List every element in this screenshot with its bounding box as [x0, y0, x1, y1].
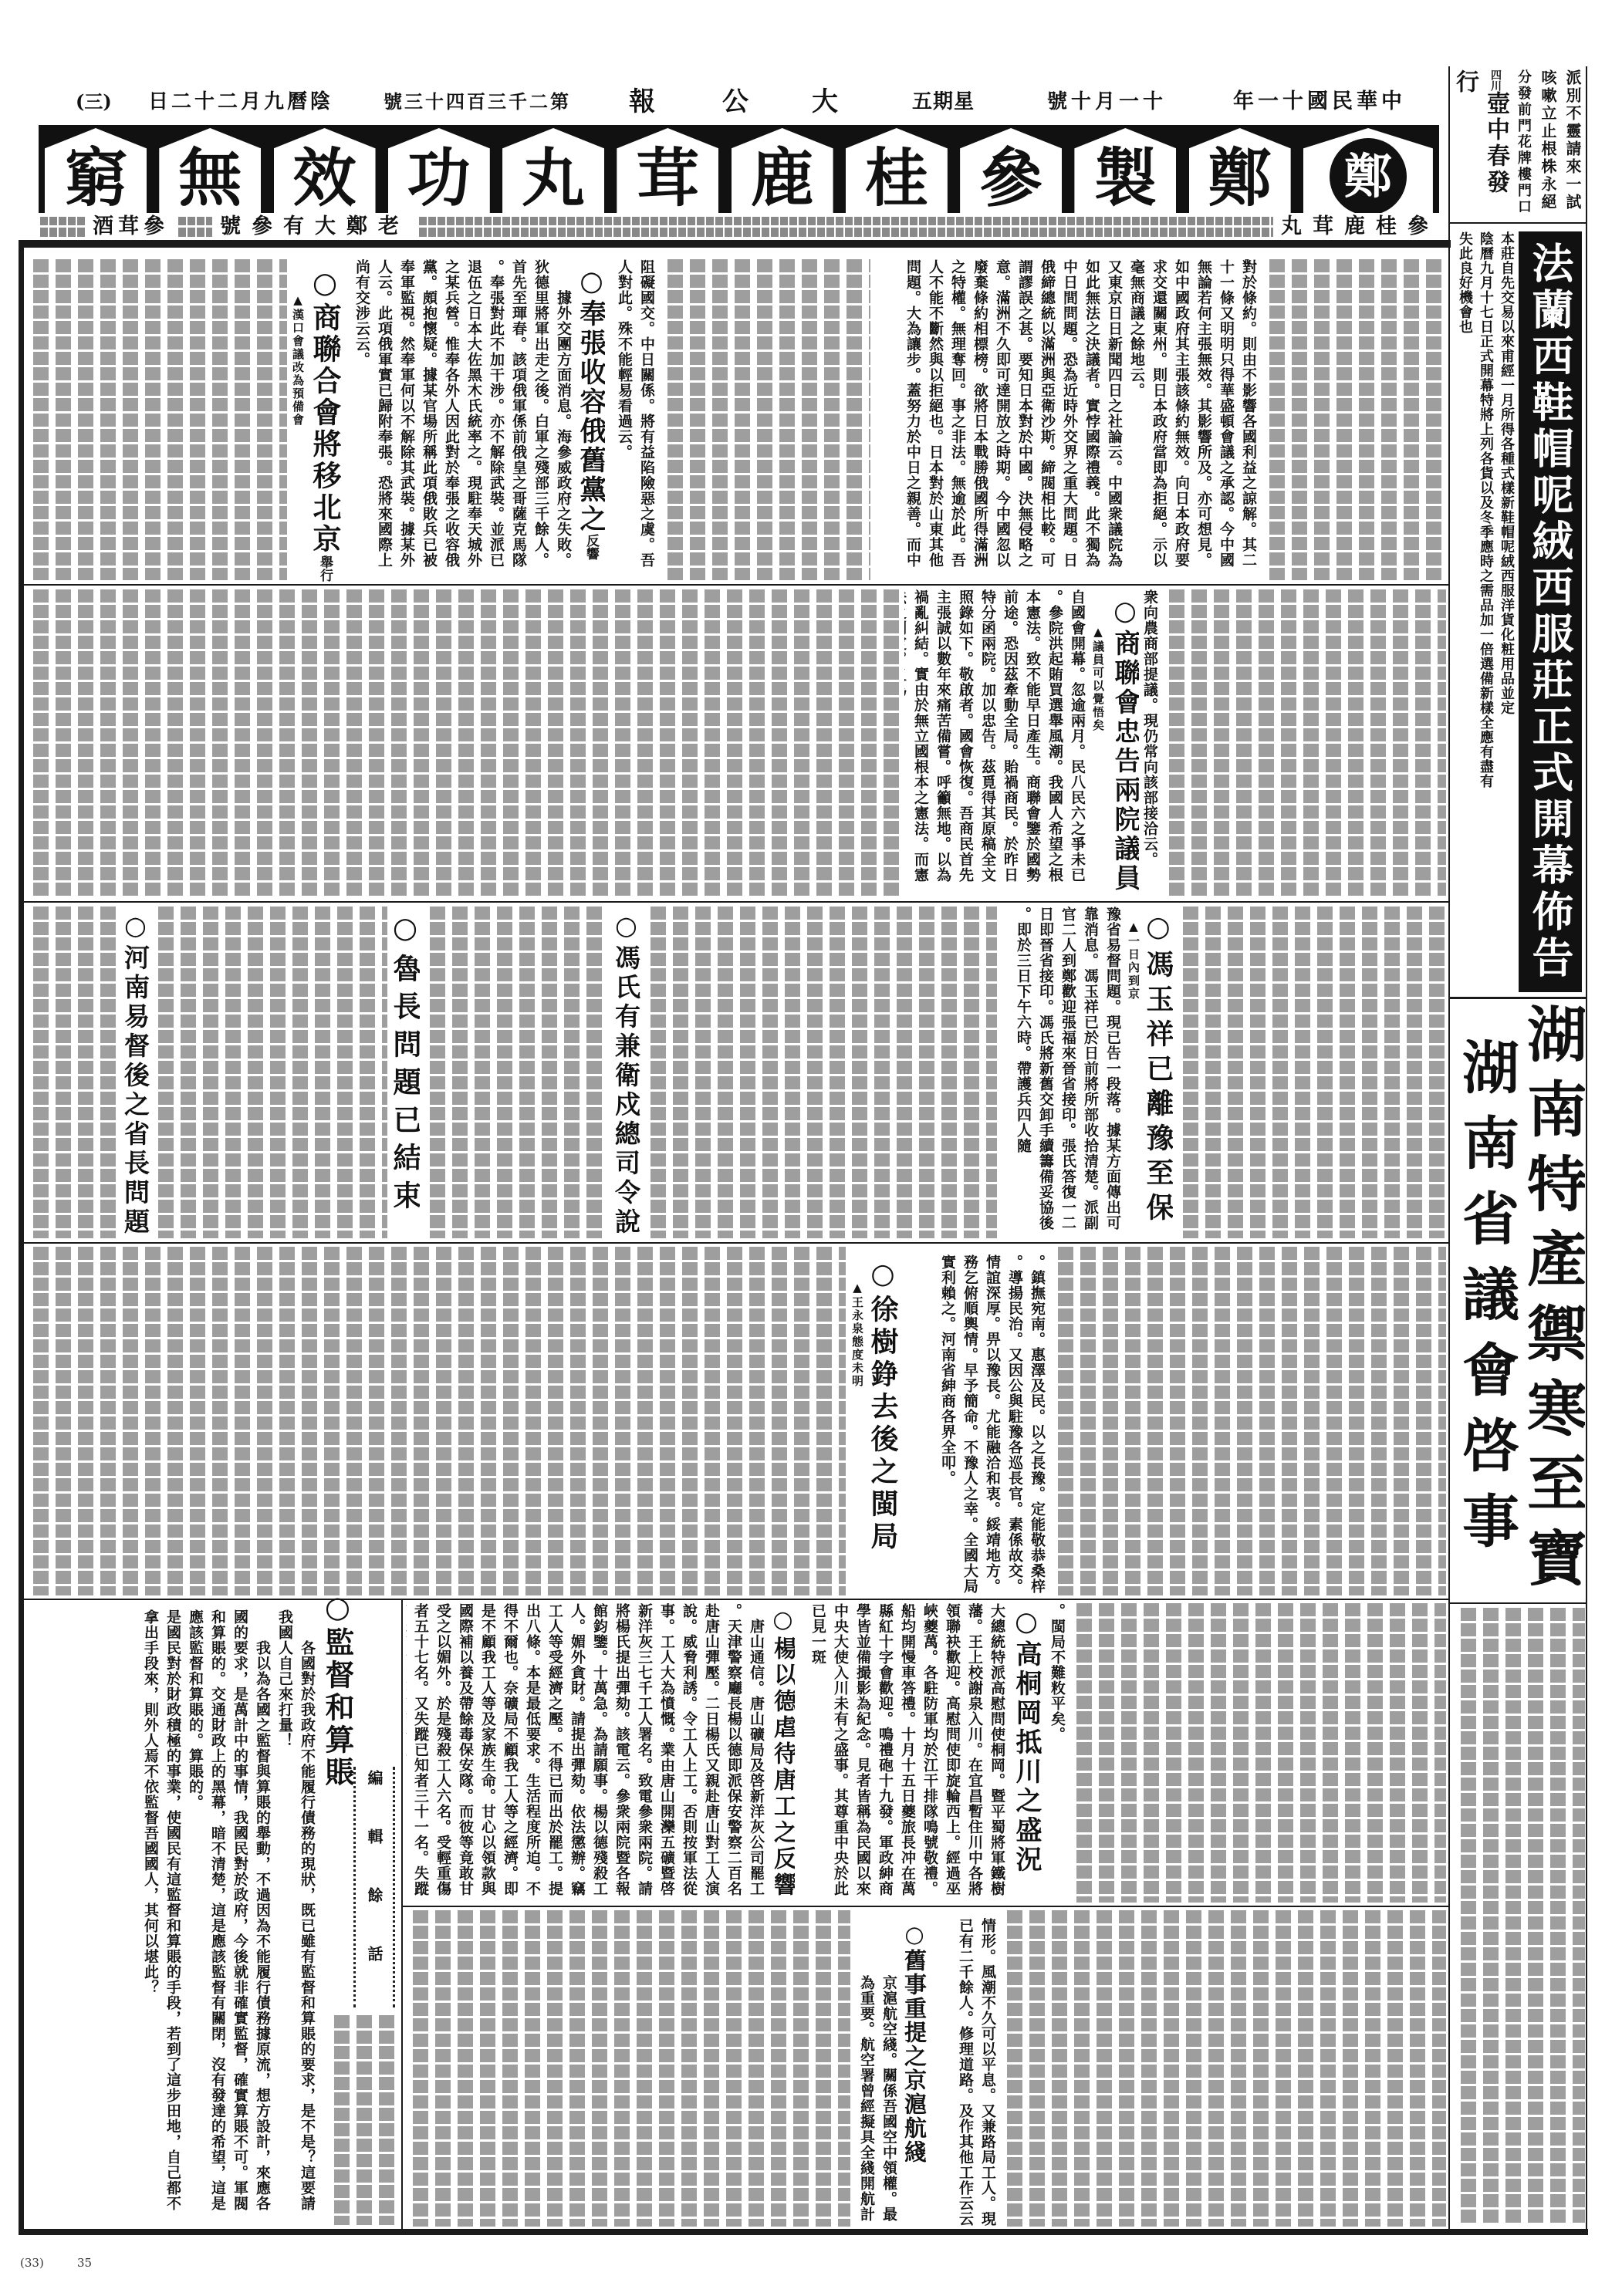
banner-char-text: 鄭: [1208, 143, 1272, 213]
ad-line: 咳嗽立止根株永絕: [1536, 69, 1560, 219]
unread-text-columns: [644, 907, 997, 1238]
headline-marker: ○: [321, 1589, 353, 1627]
article-headline: ○舊事重提之京滬航綫: [901, 1921, 928, 2227]
ad-line: 失此良好機會也: [1455, 231, 1475, 992]
ad-divider: [1449, 997, 1587, 999]
headline-small-text: 反響: [583, 534, 599, 560]
unread-text-columns: [1162, 589, 1446, 896]
banner-product-name: 參桂鹿茸丸: [1281, 215, 1439, 238]
unread-text-columns: [423, 907, 608, 1238]
ad-divider: [1449, 222, 1587, 224]
headline-text: 馮氏有兼衛戍總司令說: [611, 944, 640, 1237]
unread-text-columns: [26, 907, 117, 1238]
issue-date: 十一月十號: [1047, 86, 1167, 117]
unread-text-columns: [1176, 907, 1446, 1238]
headline-marker: ○: [1144, 910, 1173, 950]
unread-small-ad-text: [177, 217, 212, 237]
unread-text-columns: [1000, 1910, 1446, 2227]
unread-text-columns: [327, 2015, 398, 2225]
headline-marker: ○: [867, 1258, 898, 1295]
banner-ad: 鄭 鄭 製 參 桂 鹿 茸 丸 功 效 無 窮: [39, 125, 1439, 213]
article-fragment: 衆向農商部提議。現仍常向該部接洽云。: [1139, 589, 1161, 896]
paper-name-char-gong: 公: [722, 86, 748, 117]
unread-text-columns: [26, 1247, 846, 1595]
weekday: 星期五: [912, 86, 975, 117]
banner-char-text: 鹿: [751, 143, 814, 213]
ad-hu-zhong-chun: 派別不靈請來一試 咳嗽立止根株永絕 分發前門花牌樓門口 四川壺中春發行 每包大洋…: [1454, 69, 1585, 219]
column-divider: [401, 1600, 403, 2230]
ad-line: 分發前門花牌樓門口: [1511, 69, 1536, 219]
banner-char: 功: [388, 128, 490, 213]
article-headline: ○高桐岡抵川之盛況: [1011, 1606, 1042, 1903]
unread-text-columns: [151, 907, 387, 1238]
unread-text-columns: [1070, 1603, 1446, 1903]
article-fragment: 情形。風潮不久可以平息。又兼路局工人。現已有二千餘人。修理道路。及作其他工作云云…: [952, 1918, 999, 2227]
article-subhead: ▲一日內到京: [1125, 920, 1142, 1074]
tier-rule: [403, 1906, 1449, 1907]
article-headline: ○徐樹錚去後之閩局: [867, 1258, 898, 1589]
headline-marker: ○: [770, 1606, 795, 1636]
ad-hunan-specialty-title: 湖南特產禦寒至寶: [1519, 1003, 1585, 1602]
banner-char: 參: [960, 128, 1062, 213]
headline-marker: ○: [390, 910, 420, 954]
tier-rule: [22, 584, 1449, 586]
article-headline: ○馮氏有兼衛戍總司令說: [611, 910, 640, 1238]
article-fragment: 。鎮撫宛南。惠澤及民。以之長豫。定能敬恭桑梓。導揚民治。又因公與駐豫各巡長官。素…: [901, 1254, 1048, 1594]
ad-line: 派別不靈請來一試: [1560, 69, 1585, 219]
banner-char: 效: [274, 128, 376, 213]
article-subhead: ▲漢口會議改為預備會: [289, 293, 306, 579]
banner-subline: 參桂鹿茸丸 老鄭大有參號 參茸酒: [39, 215, 1439, 238]
lunar-date: 陰曆九月二十二日: [148, 86, 333, 117]
article-body-feng-yuxiang: 豫省易督問題。現已告一段落。據某方面傳出可靠消息。馮玉祥已於日前將所部收拾清楚。…: [1000, 907, 1124, 1238]
unread-text-columns: [1051, 1247, 1446, 1595]
banner-logo-seal: 鄭: [1330, 138, 1407, 215]
headline-text: 舊事重提之京滬航綫: [901, 1949, 928, 2164]
banner-second-product: 參茸酒: [93, 215, 169, 238]
headline-small-text: 舉行: [317, 555, 333, 582]
headline-text: 商聯合會將移北京: [309, 302, 341, 555]
unread-text-columns: [1454, 1608, 1585, 2225]
headline-text: 馮玉祥已離豫至保: [1144, 950, 1173, 1227]
headline-text: 楊以德虐待唐工之反響: [770, 1636, 795, 1899]
article-body-gao-tonggang: 大總統特派高慰問使桐岡。暨平蜀將軍鐵樹藩。王上校謝泉入川。在宜昌暫住川中各將領聯…: [798, 1603, 1008, 1903]
article-body-yang-yide: 唐山通信。唐山礦局及啓新洋灰公司罷工。天津警察廳長楊以德即派保安警察二百名赴唐山…: [406, 1603, 767, 1903]
paper-name-char-da: 大: [812, 86, 838, 117]
paper-name-char-bao: 報: [629, 86, 655, 117]
republic-year: 中華民國十一年: [1233, 86, 1406, 117]
banner-char-text: 功: [407, 143, 471, 213]
unread-small-ad-text: [39, 217, 85, 237]
banner-bottom-rule: [19, 240, 1451, 248]
ad-line: 陰曆九月十七日正式開幕特將上列各貨以及冬季應時之需品加一倍選備新樣全應有盡有: [1475, 231, 1496, 992]
notice-hunan-assembly-title: 湖南省議會啓事: [1454, 1038, 1519, 1578]
banner-char-text: 參: [979, 143, 1042, 213]
page-right-border: [1586, 66, 1587, 2230]
article-headline: ○商聯會忠告兩院議員: [1111, 596, 1139, 898]
article-body-chamber-advice: 自國會開幕。忽逾兩月。民八民六之爭未已。參院洪起賄買選舉風潮。我國人希望之根本憲…: [904, 589, 1088, 896]
banner-char-text: 丸: [522, 143, 585, 213]
banner-char-text: 桂: [865, 143, 928, 213]
ad-france-shop-title-bar: 法蘭西鞋帽呢絨西服莊正式開幕佈告: [1519, 231, 1582, 992]
headline-marker: ○: [901, 1921, 928, 1949]
article-fragment: 。閩局不難敉平矣。: [1043, 1603, 1068, 1903]
headline-text: 河南易督後之省長問題: [120, 944, 150, 1237]
banner-char: 桂: [846, 128, 948, 213]
article-subhead: ▲王永泉態度未明: [849, 1281, 866, 1481]
headline-text: 魯長問題已結束: [390, 954, 420, 1218]
article-body-japan-treaty-continued: 對於條約。則由不影響各國利益之諒解。其二十一條又明明只得華盛頓會議之承認。今中國…: [874, 259, 1259, 580]
article-body-jinghu-airline: 京滬航空綫。關係吾國空中領權。最為重要。航空署曾經擬具全綫開航計畫書。呈轉: [853, 1975, 900, 2227]
article-subhead: ▲議員可以覺悟矣: [1090, 625, 1107, 887]
ad-france-shop-text: 本莊自先交易以來甫經一月所得各種式樣新鞋帽呢絨西服洋貨化粧用品並定 陰曆九月十七…: [1454, 231, 1517, 992]
unread-text-columns: [1262, 259, 1446, 580]
headline-text: 商聯會忠告兩院議員: [1111, 630, 1139, 893]
article-headline: ○河南易督後之省長問題: [120, 910, 150, 1238]
page-bottom-border: [19, 2229, 1588, 2235]
archive-mark-right: 35: [77, 2256, 92, 2270]
banner-char-text: 效: [293, 143, 357, 213]
article-headline: ○商聯合會將移北京舉行: [309, 265, 341, 582]
unread-text-columns: [661, 259, 870, 580]
ad-line: 本莊自先交易以來甫經一月所得各種式樣新鞋帽呢絨西服洋貨化粧用品並定: [1496, 231, 1517, 992]
article-body-fengtian-russians: 據外交團方面消息。海參威政府之失敗。狄德里將軍出走之後。白軍之殘部三千餘人。首先…: [352, 259, 574, 580]
article-fragment: 阻礙國交。中日關係。將有益陷險惡之虞。吾人對此。殊不能輕易看過云。: [605, 259, 657, 580]
headline-text: 徐樹錚去後之閩局: [867, 1295, 898, 1554]
banner-char: 鹿: [732, 128, 833, 213]
headline-marker: ○: [309, 265, 341, 302]
banner-char: 茸: [617, 128, 718, 213]
page-marker: (三): [76, 86, 112, 117]
banner-logo: 鄭: [1303, 128, 1433, 213]
ad-divider: [1449, 1602, 1587, 1604]
article-headline: ○魯長問題已結束: [390, 910, 420, 1238]
banner-char-text: 無: [178, 143, 242, 213]
banner-char-text: 窮: [64, 143, 127, 213]
editorial-headline: ○監督和算賬: [321, 1589, 353, 1798]
banner-char-text: 茸: [636, 143, 699, 213]
headline-text: 高桐岡抵川之盛況: [1011, 1640, 1042, 1875]
column-label: 編輯餘話: [365, 1770, 384, 2004]
banner-char: 製: [1074, 128, 1176, 213]
unread-small-ad-text: [417, 217, 1273, 237]
ad-maker: 四川壺中春發行: [1454, 69, 1511, 219]
banner-char-text: 製: [1093, 143, 1157, 213]
serial-number: 第二千三百四十三號: [384, 86, 571, 117]
tier-rule: [22, 1599, 1449, 1600]
banner-char: 窮: [45, 128, 147, 213]
archive-mark-left: (33): [20, 2256, 44, 2270]
unread-text-columns: [406, 1910, 850, 2227]
tier-rule: [22, 1242, 1449, 1244]
unread-text-columns: [26, 589, 901, 896]
editorial-body: 各國對於我政府不能履行債務的現狀，既已雖有監督和算賬的要求，是不是？這要請我國人…: [28, 1609, 318, 2225]
headline-marker: ○: [577, 265, 605, 299]
banner-shop-name: 老鄭大有參號: [220, 215, 410, 238]
banner-char: 無: [159, 128, 261, 213]
article-headline: ○楊以德虐待唐工之反響: [770, 1606, 795, 1903]
headline-marker: ○: [1011, 1606, 1042, 1640]
tier-rule: [22, 901, 1449, 903]
headline-marker: ○: [1111, 596, 1139, 630]
page-left-border: [19, 240, 24, 2235]
article-headline: ○奉張收容俄舊黨之反響: [577, 265, 605, 582]
ad-maker-prefix: 四川: [1489, 69, 1502, 91]
headline-marker: ○: [611, 910, 640, 944]
headline-marker: ○: [120, 910, 150, 944]
banner-char: 丸: [502, 128, 604, 213]
banner-char: 鄭: [1189, 128, 1291, 213]
article-headline: ○馮玉祥已離豫至保: [1144, 910, 1173, 1238]
unread-text-columns: [26, 259, 287, 580]
headline-text: 監督和算賬: [321, 1627, 353, 1789]
headline-text: 奉張收容俄舊黨之: [577, 299, 605, 534]
editorial-column-label-box: 編輯餘話(代): [353, 1767, 395, 2007]
